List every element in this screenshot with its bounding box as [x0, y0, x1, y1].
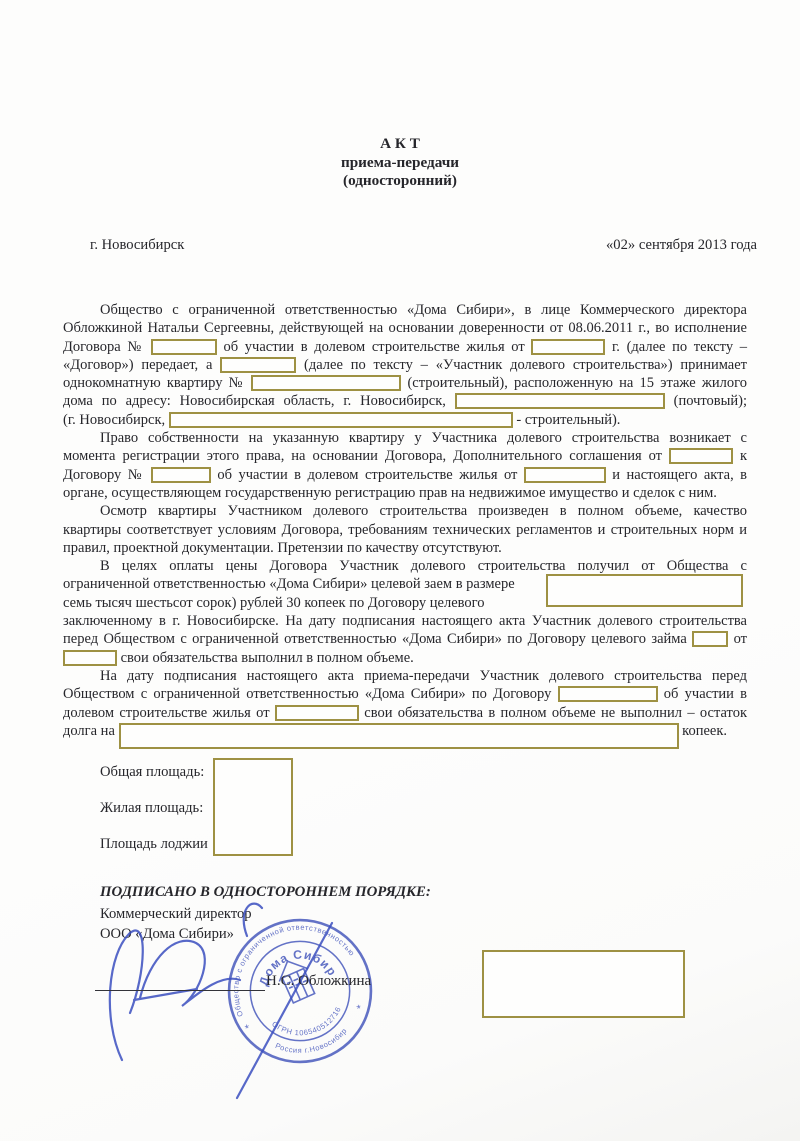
- document-line: «Договор») передает, а (далее по тексту …: [63, 356, 747, 374]
- document-city: г. Новосибирск: [63, 237, 184, 254]
- redaction-box: [455, 393, 665, 409]
- redaction-box: [251, 375, 401, 391]
- document-line: квартиры соответствует условиям Договора…: [63, 521, 747, 539]
- document-line: перед Обществом с ограниченной ответстве…: [63, 630, 747, 648]
- area-label-loggia: Площадь лоджии: [100, 836, 208, 872]
- area-label-total: Общая площадь:: [100, 764, 208, 800]
- redaction-box: [169, 412, 513, 428]
- document-line: На дату подписания настоящего акта прием…: [63, 667, 747, 685]
- city-date-row: г. Новосибирск «02» сентября 2013 года: [63, 237, 757, 254]
- document-line: (г. Новосибирск, - строительный).: [63, 411, 747, 429]
- document-body: Общество с ограниченной ответственностью…: [63, 301, 747, 740]
- document-line: Осмотр квартиры Участником долевого стро…: [63, 502, 747, 520]
- title-line-3: (односторонний): [0, 172, 800, 191]
- redaction-box: [151, 339, 217, 355]
- document-line: долевом строительстве жилья от свои обяз…: [63, 704, 747, 722]
- document-line: однокомнатную квартиру № (строительный),…: [63, 374, 747, 392]
- redaction-box: [531, 339, 605, 355]
- document-date: «02» сентября 2013 года: [606, 237, 757, 254]
- document-line: Договору № об участии в долевом строител…: [63, 466, 747, 484]
- document-line: дома по адресу: Новосибирская область, г…: [63, 392, 747, 410]
- redaction-box: [524, 467, 606, 483]
- document-line: Право собственности на указанную квартир…: [63, 429, 747, 447]
- document-line: момента регистрации этого права, на осно…: [63, 447, 747, 465]
- document-line: заключенному в г. Новосибирске. На дату …: [63, 612, 747, 630]
- redaction-box: [669, 448, 733, 464]
- handwritten-signature: [85, 893, 415, 1108]
- redaction-box: [558, 686, 658, 702]
- title-line-2: приема-передачи: [0, 154, 800, 173]
- redaction-box: [275, 705, 359, 721]
- redaction-box: [692, 631, 728, 647]
- document-line: правил, проектной документации. Претензи…: [63, 539, 747, 557]
- scanned-document-page: А К Т приема-передачи (односторонний) г.…: [0, 0, 800, 1141]
- document-title: А К Т приема-передачи (односторонний): [0, 135, 800, 191]
- document-line: долга на копеек.: [63, 722, 747, 740]
- redaction-box: [482, 950, 685, 1018]
- redaction-box: [151, 467, 211, 483]
- redaction-box: [213, 758, 293, 856]
- document-line: органе, осуществляющем государственную р…: [63, 484, 747, 502]
- areas-block: Общая площадь: Жилая площадь: Площадь ло…: [100, 764, 208, 872]
- document-line: Обществом с ограниченной ответственность…: [63, 685, 747, 703]
- redaction-box: [546, 574, 743, 607]
- redaction-box: [63, 650, 117, 666]
- signature-line: [95, 990, 265, 991]
- title-line-1: А К Т: [0, 135, 800, 154]
- document-line: Общество с ограниченной ответственностью…: [63, 301, 747, 319]
- signer-name: Н.С. Обложкина: [266, 973, 371, 990]
- document-line: Обложкиной Натальи Сергеевны, действующе…: [63, 319, 747, 337]
- redaction-box: [119, 723, 679, 749]
- document-line: свои обязательства выполнил в полном объ…: [63, 649, 747, 667]
- redaction-box: [220, 357, 296, 373]
- document-line: В целях оплаты цены Договора Участник до…: [63, 557, 747, 575]
- area-label-living: Жилая площадь:: [100, 800, 208, 836]
- document-line: Договора № об участии в долевом строител…: [63, 338, 747, 356]
